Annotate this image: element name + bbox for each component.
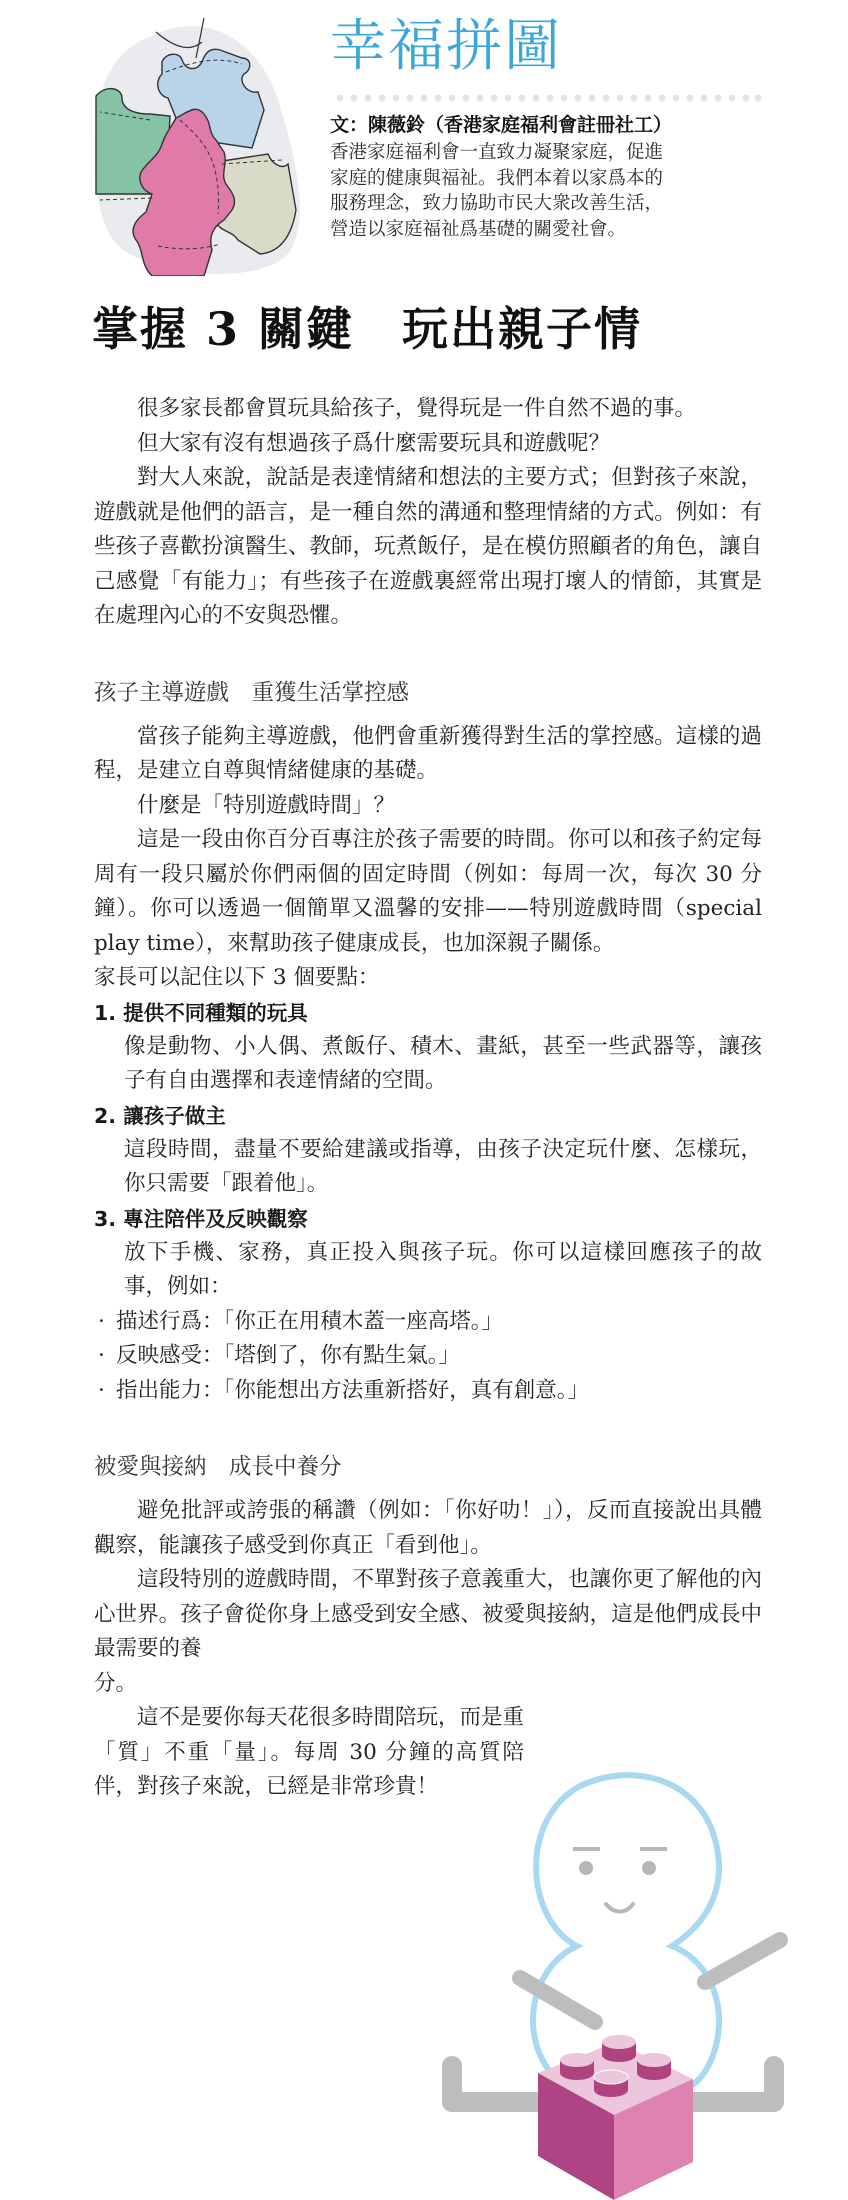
example-label: 指出能力：	[116, 1378, 224, 1403]
left-eye	[579, 1861, 593, 1875]
key-point-title: 1. 提供不同種類的玩具	[94, 996, 762, 1030]
intro-paragraph: 很多家長都會買玩具給孩子，覺得玩是一件自然不過的事。	[94, 392, 762, 427]
section-paragraph: 當孩子能夠主導遊戲，他們會重新獲得對生活的掌控感。這樣的過程，是建立自尊與情緒健…	[94, 720, 762, 789]
blurb-line: 香港家庭福利會一直致力凝聚家庭，促進	[330, 140, 760, 166]
dotted-divider	[334, 92, 762, 104]
example-bullet: ·反映感受：「塔倒了，你有點生氣。」	[98, 1339, 762, 1374]
bullet-dot-icon: ·	[98, 1374, 116, 1409]
section-spacer	[94, 1408, 762, 1428]
blurb-line: 家庭的健康與福祉。我們本着以家爲本的	[330, 166, 760, 192]
example-quote: 「你能想出方法重新搭好，真有創意。」	[224, 1378, 590, 1403]
right-eye	[642, 1861, 656, 1875]
key-point-title: 3. 專注陪伴及反映觀察	[94, 1202, 762, 1236]
example-quote: 「你正在用積木蓋一座高塔。」	[224, 1309, 504, 1334]
organization-blurb: 香港家庭福利會一直致力凝聚家庭，促進 家庭的健康與福祉。我們本着以家爲本的 服務…	[330, 140, 760, 242]
intro-paragraph: 但大家有沒有想過孩子爲什麼需要玩具和遊戲呢？	[94, 427, 762, 462]
example-label: 反映感受：	[116, 1343, 224, 1368]
key-point-title: 2. 讓孩子做主	[94, 1099, 762, 1133]
column-header: 幸福拼圖 文：陳薇鈴（香港家庭福利會註冊社工） 香港家庭福利會一直致力凝聚家庭，…	[0, 0, 848, 280]
column-title: 幸福拼圖	[330, 14, 562, 80]
example-label: 描述行爲：	[116, 1309, 224, 1334]
section-spacer	[94, 634, 762, 654]
blurb-line: 服務理念，致力協助市民大衆改善生活，	[330, 191, 760, 217]
key-point: 3. 專注陪伴及反映觀察 放下手機、家務，真正投入與孩子玩。你可以這樣回應孩子的…	[94, 1202, 762, 1305]
list-intro: 家長可以記住以下 3 個要點：	[94, 961, 762, 996]
right-arm	[705, 1940, 780, 1982]
example-bullet: ·指出能力：「你能想出方法重新搭好，真有創意。」	[98, 1374, 762, 1409]
example-bullet: ·描述行爲：「你正在用積木蓋一座高塔。」	[98, 1305, 762, 1340]
key-point: 2. 讓孩子做主 這段時間，盡量不要給建議或指導，由孩子決定玩什麼、怎樣玩，你只…	[94, 1099, 762, 1202]
bullet-dot-icon: ·	[98, 1305, 116, 1340]
section-subheading: 被愛與接納 成長中養分	[94, 1450, 762, 1484]
intro-paragraph: 對大人來說，說話是表達情緒和想法的主要方式；但對孩子來說，遊戲就是他們的語言，是…	[94, 461, 762, 634]
example-quote: 「塔倒了，你有點生氣。」	[224, 1343, 461, 1368]
section-paragraph: 什麼是「特別遊戲時間」？	[94, 789, 762, 824]
author-byline: 文：陳薇鈴（香港家庭福利會註冊社工）	[330, 112, 672, 138]
key-point: 1. 提供不同種類的玩具 像是動物、小人偶、煮飯仔、積木、畫紙，甚至一些武器等，…	[94, 996, 762, 1099]
section-paragraph-tail: 分。	[94, 1667, 762, 1702]
key-point-body: 這段時間，盡量不要給建議或指導，由孩子決定玩什麼、怎樣玩，你只需要「跟着他」。	[124, 1133, 762, 1202]
section-subheading: 孩子主導遊戲 重獲生活掌控感	[94, 676, 762, 710]
puzzle-pieces-illustration	[92, 14, 312, 276]
blurb-line: 營造以家庭福祉爲基礎的關愛社會。	[330, 217, 760, 243]
section-paragraph: 這是一段由你百分百專注於孩子需要的時間。你可以和孩子約定每周有一段只屬於你們兩個…	[94, 823, 762, 961]
article-headline: 掌握 3 關鍵 玩出親子情	[92, 298, 642, 360]
bullet-dot-icon: ·	[98, 1339, 116, 1374]
section-paragraph: 這段特別的遊戲時間，不單對孩子意義重大，也讓你更了解他的內心世界。孩子會從你身上…	[94, 1563, 762, 1667]
snowman-with-lego-illustration	[430, 1770, 848, 2200]
section-paragraph: 避免批評或誇張的稱讚（例如：「你好叻！」），反而直接說出具體觀察，能讓孩子感受到…	[94, 1494, 762, 1563]
key-point-body: 放下手機、家務，真正投入與孩子玩。你可以這樣回應孩子的故事，例如：	[124, 1236, 762, 1305]
article-body: 很多家長都會買玩具給孩子，覺得玩是一件自然不過的事。 但大家有沒有想過孩子爲什麼…	[94, 392, 762, 1805]
key-point-body: 像是動物、小人偶、煮飯仔、積木、畫紙，甚至一些武器等，讓孩子有自由選擇和表達情緒…	[124, 1030, 762, 1099]
lego-brick	[538, 2035, 693, 2200]
